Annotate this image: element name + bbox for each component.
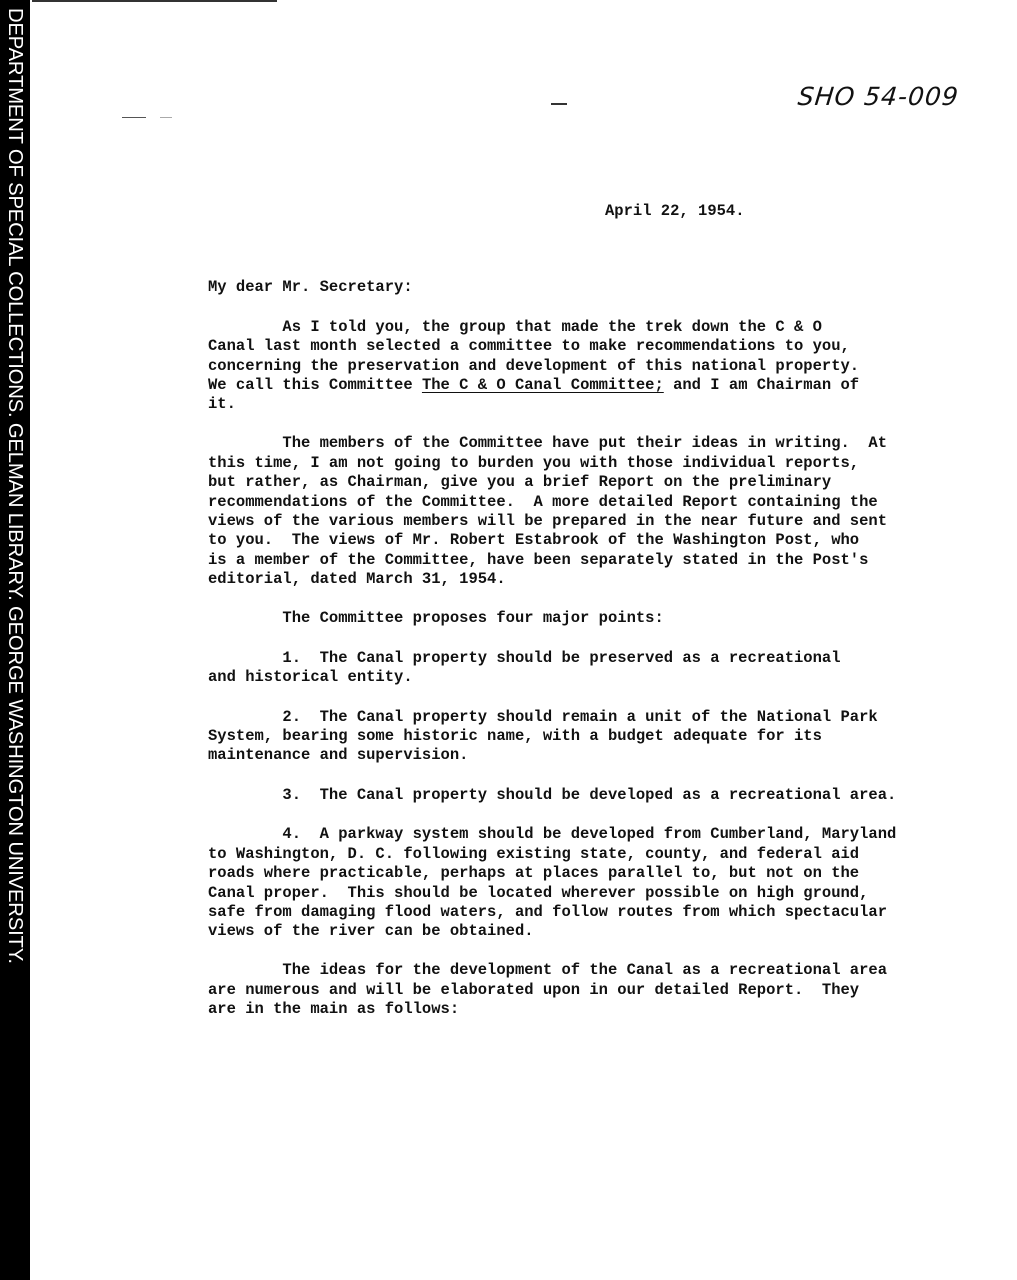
text-line: and historical entity. [208,668,413,687]
text-line: concerning the preservation and developm… [208,357,859,376]
text-line: views of the river can be obtained. [208,922,534,941]
text-line: 4. A parkway system should be developed … [208,825,896,844]
committee-name-underlined: The C & O Canal Committee; [422,376,664,394]
text-line: this time, I am not going to burden you … [208,454,859,473]
text-line: 1. The Canal property should be preserve… [208,649,841,668]
text-line: are numerous and will be elaborated upon… [208,981,859,1000]
scan-mark [122,117,146,118]
text-line: Canal last month selected a committee to… [208,337,850,356]
text-line: views of the various members will be pre… [208,512,887,531]
text-line: editorial, dated March 31, 1954. [208,570,506,589]
text-line: recommendations of the Committee. A more… [208,493,878,512]
paragraph-proposals-intro: The Committee proposes four major points… [208,609,664,628]
text-line: it. [208,395,236,414]
text-line: but rather, as Chairman, give you a brie… [208,473,831,492]
scan-edge-rule [32,0,277,2]
handwritten-reference: SHO 54-009 [796,82,960,111]
text-line: Canal proper. This should be located whe… [208,884,868,903]
archive-strip-text: DEPARTMENT OF SPECIAL COLLECTIONS. GELMA… [3,8,26,964]
text-line: System, bearing some historic name, with… [208,727,822,746]
text-line: The members of the Committee have put th… [208,434,887,453]
text-segment: and I am Chairman of [664,376,859,394]
text-line: roads where practicable, perhaps at plac… [208,864,859,883]
dash-mark [551,103,567,105]
text-line: are in the main as follows: [208,1000,459,1019]
archive-strip: DEPARTMENT OF SPECIAL COLLECTIONS. GELMA… [0,0,30,1280]
text-line: 2. The Canal property should remain a un… [208,708,878,727]
text-line: to you. The views of Mr. Robert Estabroo… [208,531,859,550]
text-line: 3. The Canal property should be develope… [208,786,896,805]
text-line: We call this Committee The C & O Canal C… [208,376,859,395]
text-line: is a member of the Committee, have been … [208,551,868,570]
text-line: As I told you, the group that made the t… [208,318,822,337]
letter-date: April 22, 1954. [605,202,745,221]
scan-mark [160,117,172,118]
text-line: to Washington, D. C. following existing … [208,845,859,864]
text-line: maintenance and supervision. [208,746,468,765]
text-segment: We call this Committee [208,376,422,394]
text-line: The ideas for the development of the Can… [208,961,887,980]
text-line: safe from damaging flood waters, and fol… [208,903,887,922]
salutation: My dear Mr. Secretary: [208,278,413,297]
